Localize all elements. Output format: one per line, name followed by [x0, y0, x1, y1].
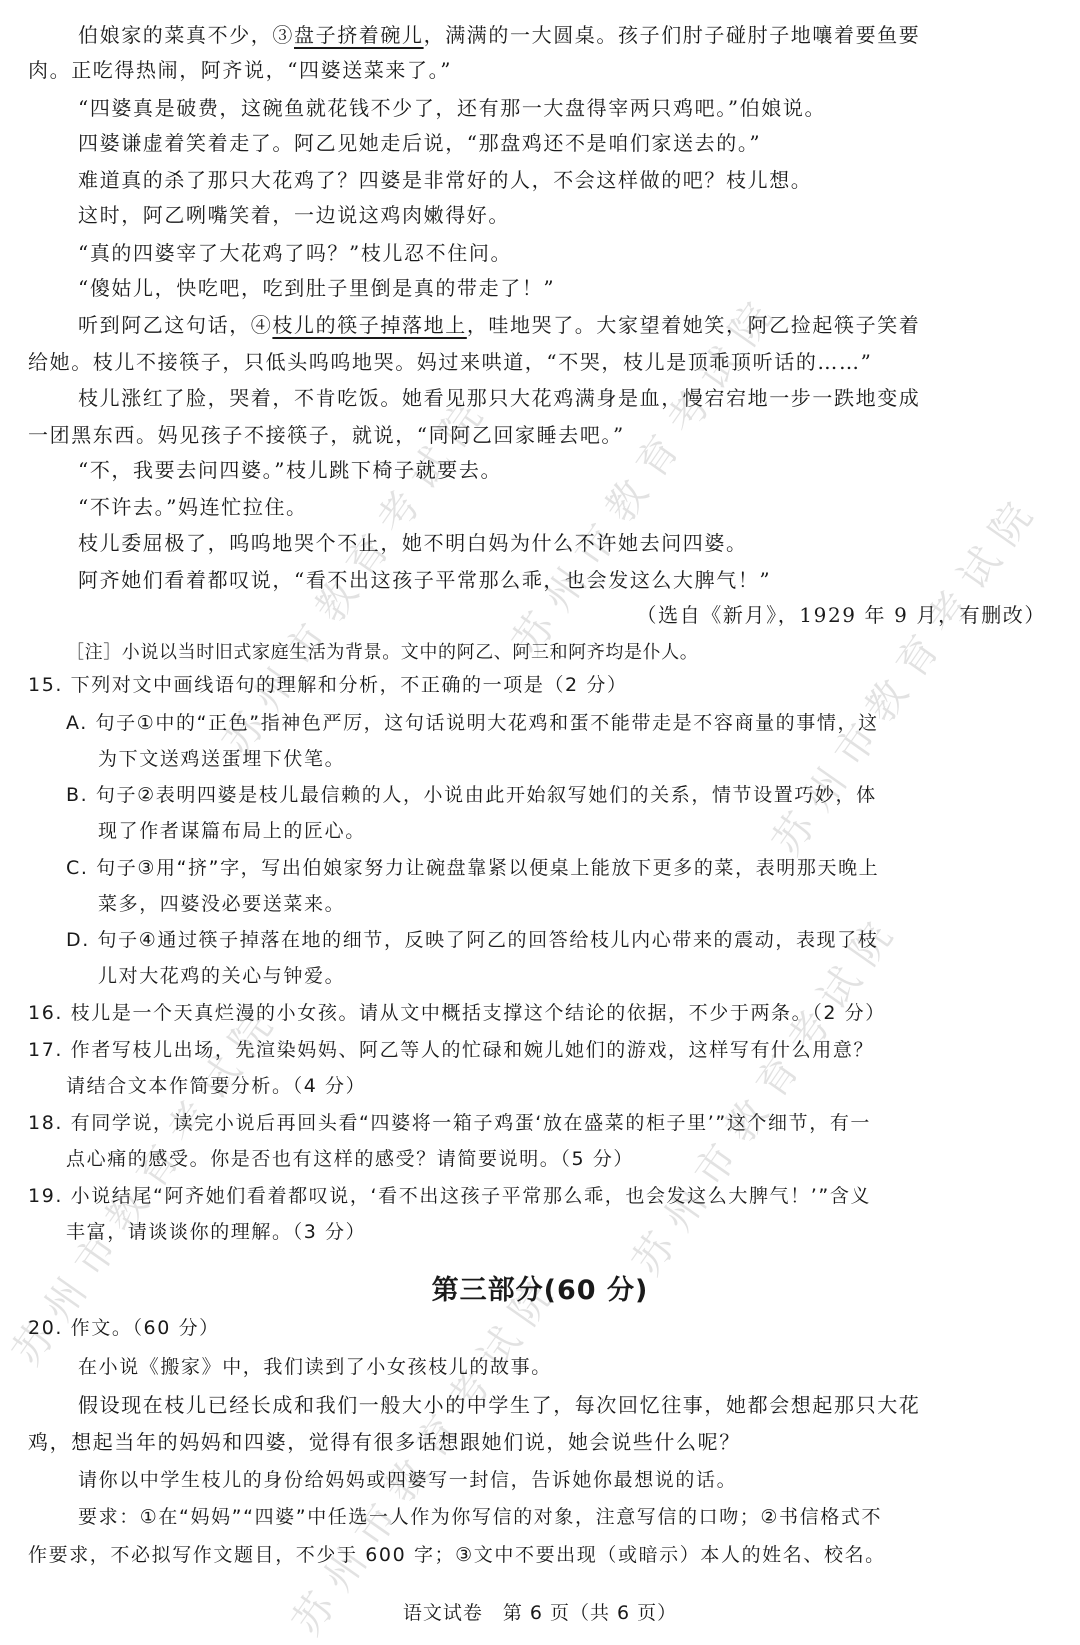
- underlined-sentence-4: 枝儿的筷子掉落地上: [272, 313, 466, 337]
- story-paragraph: 肉。正吃得热闹，阿齐说，“四婆送菜来了。”: [28, 55, 452, 85]
- text: ，满满的一大圆桌。孩子们肘子碰肘子地嚷着要鱼要: [424, 23, 921, 47]
- source-citation: （选自《新月》，1929 年 9 月，有删改）: [637, 600, 1047, 630]
- story-paragraph: 枝儿委屈极了，呜呜地哭个不止，她不明白妈为什么不许她去问四婆。: [78, 528, 748, 558]
- question-20-stem: 20. 作文。（60 分）: [28, 1313, 220, 1343]
- story-paragraph: “四婆真是破费，这碗鱼就花钱不少了，还有那一大盘得宰两只鸡吧。”伯娘说。: [78, 93, 826, 123]
- essay-prompt-line: 鸡，想起当年的妈妈和四婆，觉得有很多话想跟她们说，她会说些什么呢？: [28, 1427, 741, 1457]
- story-paragraph: “真的四婆宰了大花鸡了吗？”枝儿忍不住问。: [78, 238, 512, 268]
- essay-prompt-line: 请你以中学生枝儿的身份给妈妈或四婆写一封信，告诉她你最想说的话。: [78, 1465, 737, 1495]
- question-18-cont: 点心痛的感受。你是否也有这样的感受？请简要说明。（5 分）: [66, 1144, 634, 1174]
- essay-requirements-cont: 作要求，不必拟写作文题目，不少于 600 字；③文中不要出现（或暗示）本人的姓名…: [28, 1540, 886, 1570]
- question-19-cont: 丰富，请谈谈你的理解。（3 分）: [66, 1217, 366, 1247]
- essay-prompt-line: 在小说《搬家》中，我们读到了小女孩枝儿的故事。: [78, 1352, 552, 1382]
- story-paragraph: “不许去。”妈连忙拉住。: [78, 492, 308, 522]
- question-17: 17. 作者写枝儿出场，先渲染妈妈、阿乙等人的忙碌和婉儿她们的游戏，这样写有什么…: [28, 1035, 874, 1065]
- story-paragraph: 听到阿乙这句话，④枝儿的筷子掉落地上，哇地哭了。大家望着她笑，阿乙捡起筷子笑着: [78, 310, 920, 340]
- essay-requirements: 要求：①在“妈妈”“四婆”中任选一人作为你写信的对象，注意写信的口吻；②书信格式…: [78, 1502, 882, 1532]
- story-paragraph: 给她。枝儿不接筷子，只低头呜呜地哭。妈过来哄道，“不哭，枝儿是顶乖顶听话的……”: [28, 347, 872, 377]
- option-a: A. 句子①中的“正色”指神色严厉，这句话说明大花鸡和蛋不能带走是不容商量的事情…: [66, 708, 879, 738]
- story-paragraph: 这时，阿乙咧嘴笑着，一边说这鸡肉嫩得好。: [78, 200, 510, 230]
- question-18: 18. 有同学说，读完小说后再回头看“四婆将一箱子鸡蛋‘放在盛菜的柜子里’”这个…: [28, 1108, 871, 1138]
- question-19: 19. 小说结尾“阿齐她们看着都叹说，‘看不出这孩子平常那么乖，也会发这么大脾气…: [28, 1181, 871, 1211]
- page-footer: 语文试卷 第 6 页（共 6 页）: [0, 1598, 1080, 1625]
- option-b-cont: 现了作者谋篇布局上的匠心。: [98, 816, 366, 846]
- exam-page: 苏州市教育考试院 苏州市教育考试院 苏州市教育考试院 苏州市教育考试院 苏州市教…: [0, 0, 1080, 1645]
- story-paragraph: 四婆谦虚着笑着走了。阿乙见她走后说，“那盘鸡还不是咱们家送去的。”: [78, 128, 761, 158]
- option-d: D. 句子④通过筷子掉落在地的细节，反映了阿乙的回答给枝儿内心带来的震动，表现了…: [66, 925, 878, 955]
- option-d-cont: 儿对大花鸡的关心与钟爱。: [98, 961, 345, 991]
- watermark: 苏州市教育考试院: [617, 898, 911, 1285]
- question-17-cont: 请结合文本作简要分析。（4 分）: [66, 1071, 366, 1101]
- option-b: B. 句子②表明四婆是枝儿最信赖的人，小说由此开始叙写她们的关系，情节设置巧妙，…: [66, 780, 877, 810]
- story-paragraph: 伯娘家的菜真不少，③盘子挤着碗儿，满满的一大圆桌。孩子们肘子碰肘子地嚷着要鱼要: [78, 20, 920, 50]
- text: 听到阿乙这句话，④: [78, 313, 272, 337]
- footnote: ［注］小说以当时旧式家庭生活为背景。文中的阿乙、阿三和阿齐均是仆人。: [66, 638, 698, 668]
- option-c-cont: 菜多，四婆没必要送菜来。: [98, 889, 345, 919]
- story-paragraph: 阿齐她们看着都叹说，“看不出这孩子平常那么乖，也会发这么大脾气！”: [78, 565, 771, 595]
- section-title-part-3: 第三部分(60 分): [0, 1268, 1080, 1307]
- option-c: C. 句子③用“挤”字，写出伯娘家努力让碗盘靠紧以便桌上能放下更多的菜，表明那天…: [66, 853, 879, 883]
- story-paragraph: “不，我要去问四婆。”枝儿跳下椅子就要去。: [78, 455, 502, 485]
- option-a-cont: 为下文送鸡送蛋埋下伏笔。: [98, 744, 345, 774]
- story-paragraph: 枝儿涨红了脸，哭着，不肯吃饭。她看见那只大花鸡满身是血，慢宕宕地一步一跌地变成: [78, 383, 920, 413]
- story-paragraph: 难道真的杀了那只大花鸡了？四婆是非常好的人，不会这样做的吧？枝儿想。: [78, 165, 812, 195]
- story-paragraph: 一团黑东西。妈见孩子不接筷子，就说，“同阿乙回家睡去吧。”: [28, 420, 625, 450]
- question-16: 16. 枝儿是一个天真烂漫的小女孩。请从文中概括支撑这个结论的依据，不少于两条。…: [28, 998, 886, 1028]
- essay-prompt-line: 假设现在枝儿已经长成和我们一般大小的中学生了，每次回忆往事，她都会想起那只大花: [78, 1390, 920, 1420]
- story-paragraph: “傻姑儿，快吃吧，吃到肚子里倒是真的带走了！”: [78, 273, 555, 303]
- text: 伯娘家的菜真不少，③: [78, 23, 294, 47]
- underlined-sentence-3: 盘子挤着碗儿: [294, 23, 424, 47]
- text: ，哇地哭了。大家望着她笑，阿乙捡起筷子笑着: [467, 313, 921, 337]
- question-15-stem: 15. 下列对文中画线语句的理解和分析，不正确的一项是（2 分）: [28, 670, 628, 700]
